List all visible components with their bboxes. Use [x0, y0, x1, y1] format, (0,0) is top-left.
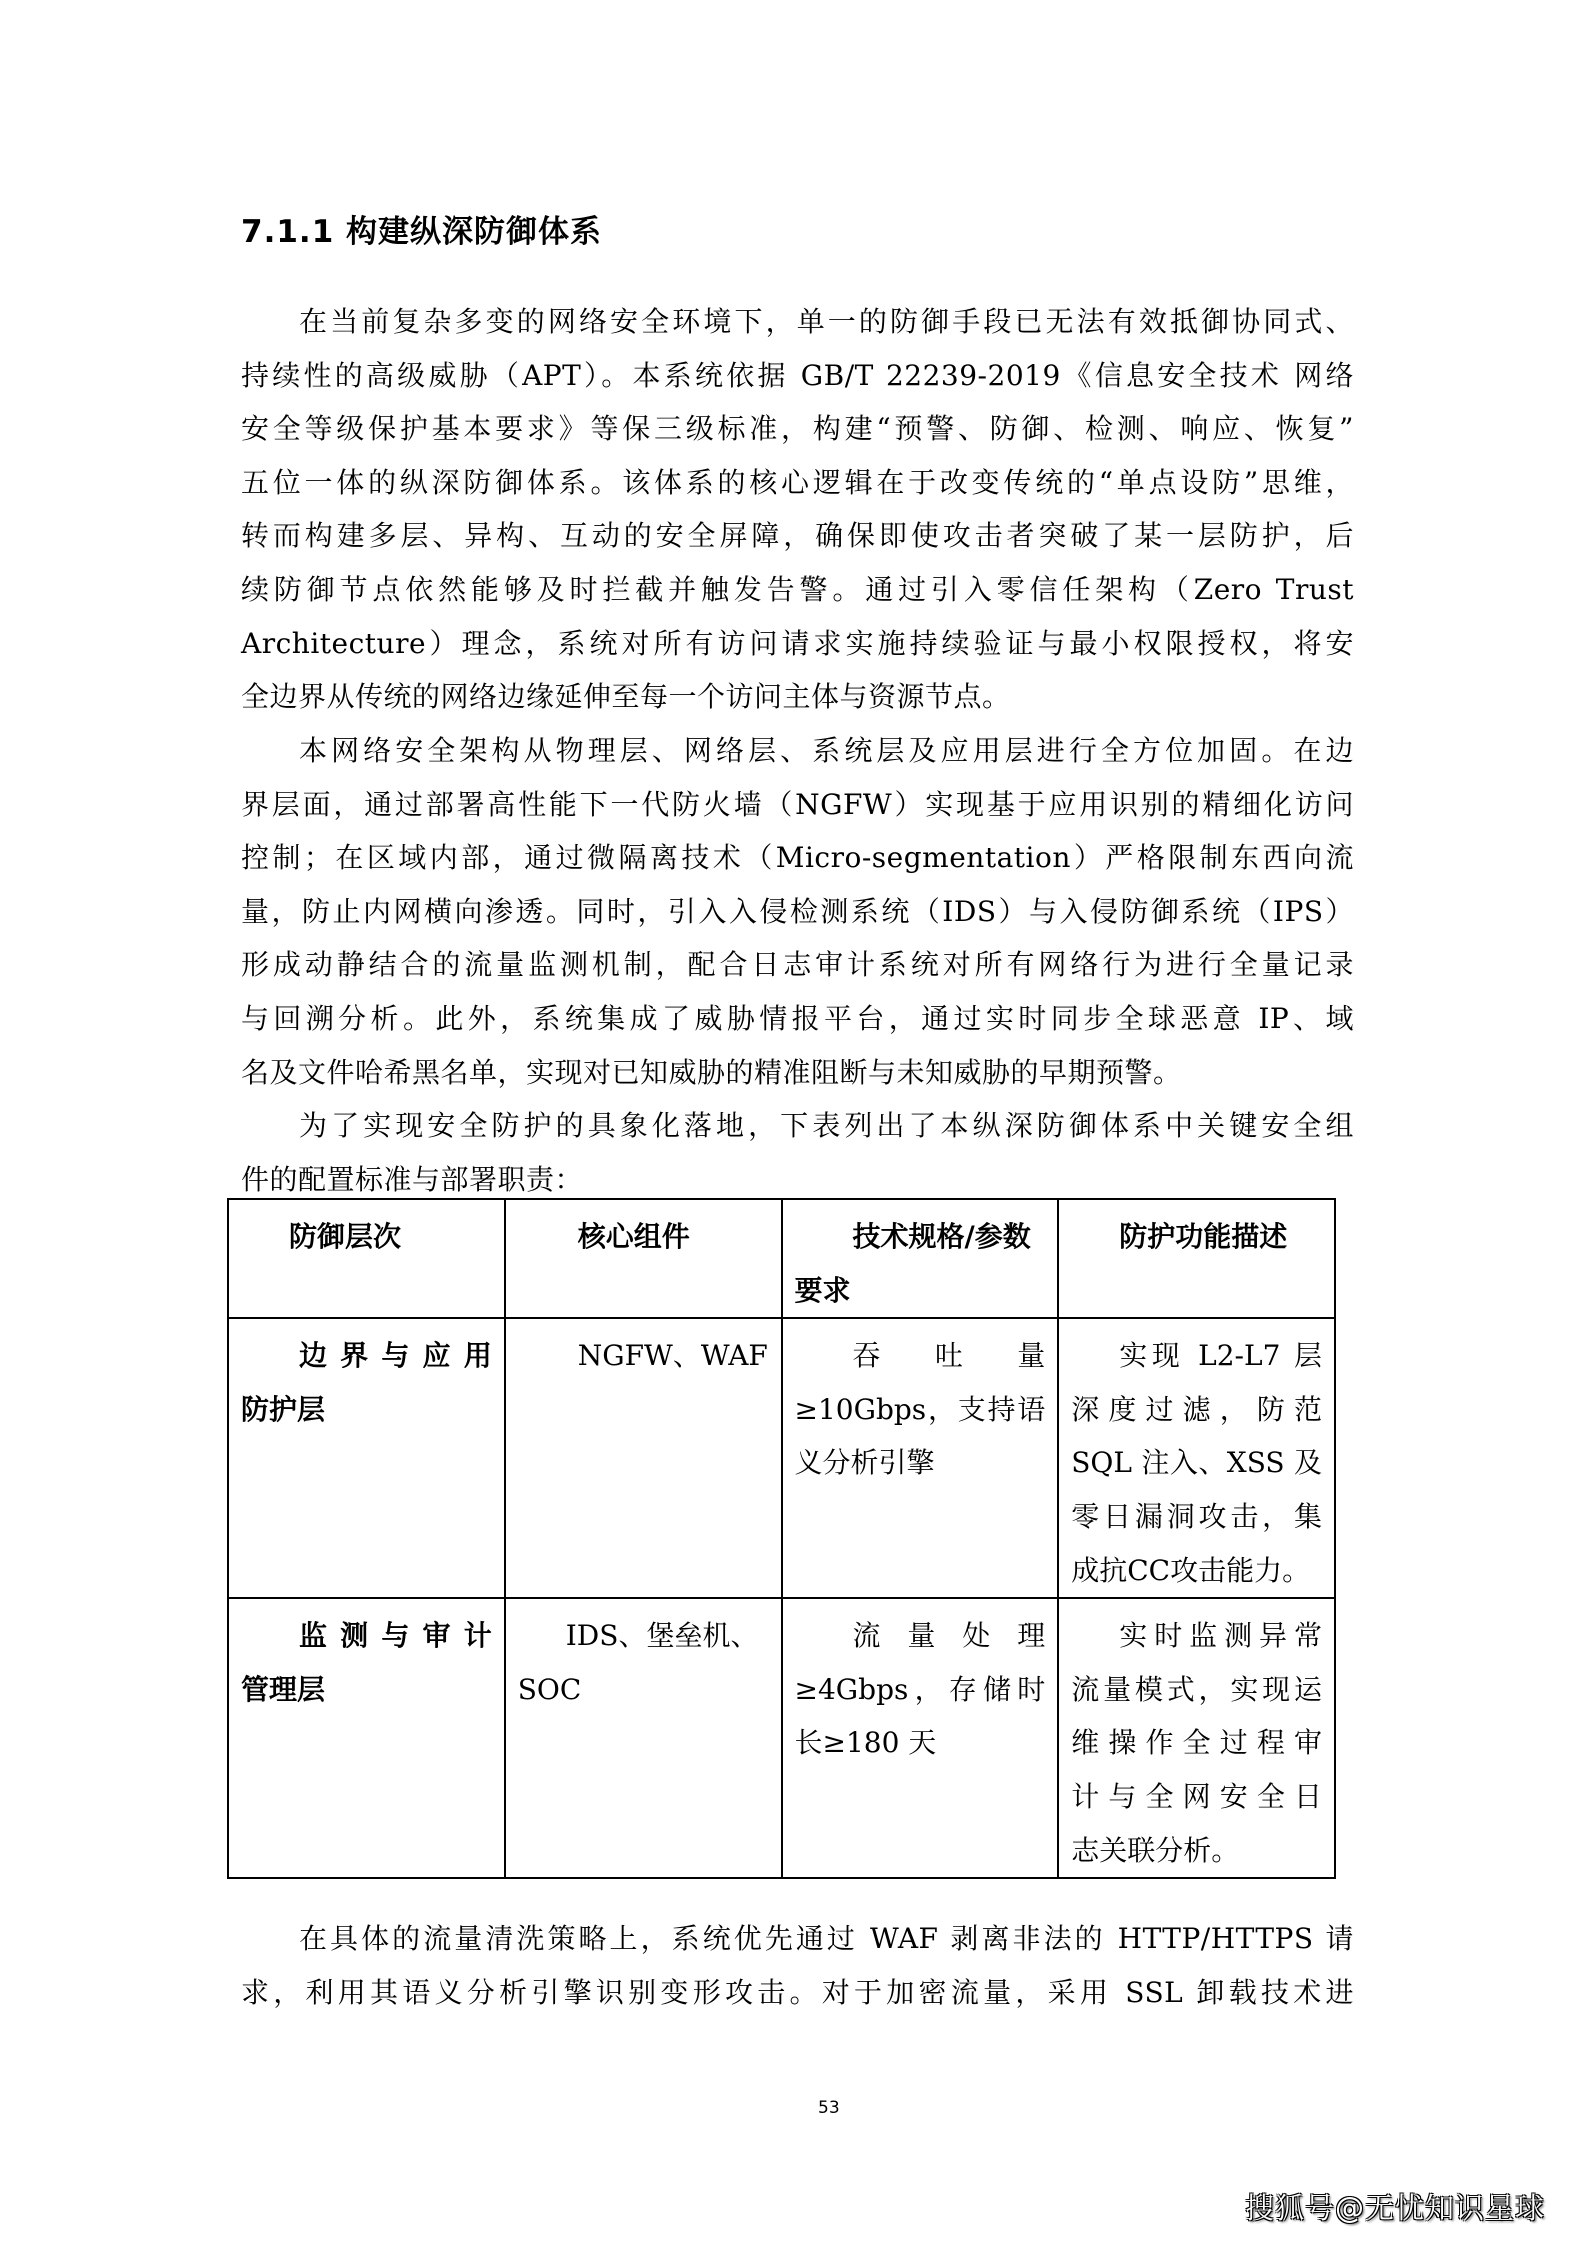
- text-line: 量，防止内网横向渗透。同时，引入入侵检测系统（IDS）与入侵防御系统（IPS）: [241, 885, 1354, 939]
- cell-layer: 监测与审计 管理层: [228, 1598, 505, 1878]
- text-line: 持续性的高级威胁（APT）。本系统依据 GB/T 22239-2019《信息安全…: [241, 349, 1354, 403]
- table-row: 边界与应用 防护层 NGFW、WAF 吞 吐 量 ≥10Gbps，支持语 义分析…: [228, 1318, 1335, 1598]
- text-line: 安全等级保护基本要求》等保三级标准，构建“预警、防御、检测、响应、恢复”: [241, 402, 1354, 456]
- table-row: 监测与审计 管理层 IDS、堡垒机、 SOC 流 量 处 理 ≥4Gbps，存储…: [228, 1598, 1335, 1878]
- cell-components: IDS、堡垒机、 SOC: [505, 1598, 782, 1878]
- cell-layer: 边界与应用 防护层: [228, 1318, 505, 1598]
- security-components-table: 防御层次 核心组件 技术规格/参数 要求 防护功能描述 边界与应用 防护层 NG…: [227, 1198, 1336, 1879]
- text-line: 在当前复杂多变的网络安全环境下，单一的防御手段已无法有效抵御协同式、: [241, 295, 1354, 349]
- cell-function: 实时监测异常 流量模式，实现运 维操作全过程审 计与全网安全日 志关联分析。: [1058, 1598, 1335, 1878]
- cell-function: 实现 L2-L7 层 深度过滤，防范 SQL 注入、XSS 及 零日漏洞攻击，集…: [1058, 1318, 1335, 1598]
- text-line: 形成动静结合的流量监测机制，配合日志审计系统对所有网络行为进行全量记录: [241, 938, 1354, 992]
- text-line: 本网络安全架构从物理层、网络层、系统层及应用层进行全方位加固。在边: [241, 724, 1354, 778]
- cell-spec: 流 量 处 理 ≥4Gbps，存储时 长≥180 天: [782, 1598, 1059, 1878]
- watermark: 搜狐号@无忧知识星球: [1245, 2190, 1545, 2226]
- text-line: Architecture）理念，系统对所有访问请求实施持续验证与最小权限授权，将…: [241, 617, 1354, 671]
- text-line: 求，利用其语义分析引擎识别变形攻击。对于加密流量，采用 SSL 卸载技术进: [241, 1966, 1354, 2020]
- header-cell-layer: 防御层次: [228, 1199, 505, 1318]
- text-line: 在具体的流量清洗策略上，系统优先通过 WAF 剥离非法的 HTTP/HTTPS …: [241, 1912, 1354, 1966]
- table-header-row: 防御层次 核心组件 技术规格/参数 要求 防护功能描述: [228, 1199, 1335, 1318]
- section-heading: 7.1.1 构建纵深防御体系: [241, 212, 602, 252]
- text-line: 与回溯分析。此外，系统集成了威胁情报平台，通过实时同步全球恶意 IP、域: [241, 992, 1354, 1046]
- paragraph-table-intro: 为了实现安全防护的具象化落地，下表列出了本纵深防御体系中关键安全组 件的配置标准…: [241, 1099, 1354, 1206]
- header-cell-spec: 技术规格/参数 要求: [782, 1199, 1059, 1318]
- text-line: 五位一体的纵深防御体系。该体系的核心逻辑在于改变传统的“单点设防”思维，: [241, 456, 1354, 510]
- text-line: 全边界从传统的网络边缘延伸至每一个访问主体与资源节点。: [241, 670, 1354, 724]
- document-page: 7.1.1 构建纵深防御体系 在当前复杂多变的网络安全环境下，单一的防御手段已无…: [0, 0, 1587, 2245]
- header-cell-components: 核心组件: [505, 1199, 782, 1318]
- paragraph-traffic-cleaning: 在具体的流量清洗策略上，系统优先通过 WAF 剥离非法的 HTTP/HTTPS …: [241, 1912, 1354, 2019]
- cell-components: NGFW、WAF: [505, 1318, 782, 1598]
- text-line: 名及文件哈希黑名单，实现对已知威胁的精准阻断与未知威胁的早期预警。: [241, 1046, 1354, 1100]
- paragraph-defense-intro: 在当前复杂多变的网络安全环境下，单一的防御手段已无法有效抵御协同式、 持续性的高…: [241, 295, 1354, 724]
- paragraph-architecture: 本网络安全架构从物理层、网络层、系统层及应用层进行全方位加固。在边 界层面，通过…: [241, 724, 1354, 1099]
- page-number: 53: [818, 2098, 840, 2118]
- text-line: 转而构建多层、异构、互动的安全屏障，确保即使攻击者突破了某一层防护，后: [241, 509, 1354, 563]
- text-line: 界层面，通过部署高性能下一代防火墙（NGFW）实现基于应用识别的精细化访问: [241, 778, 1354, 832]
- text-line: 续防御节点依然能够及时拦截并触发告警。通过引入零信任架构（Zero Trust: [241, 563, 1354, 617]
- cell-spec: 吞 吐 量 ≥10Gbps，支持语 义分析引擎: [782, 1318, 1059, 1598]
- text-line: 控制；在区域内部，通过微隔离技术（Micro-segmentation）严格限制…: [241, 831, 1354, 885]
- header-cell-function: 防护功能描述: [1058, 1199, 1335, 1318]
- text-line: 为了实现安全防护的具象化落地，下表列出了本纵深防御体系中关键安全组: [241, 1099, 1354, 1153]
